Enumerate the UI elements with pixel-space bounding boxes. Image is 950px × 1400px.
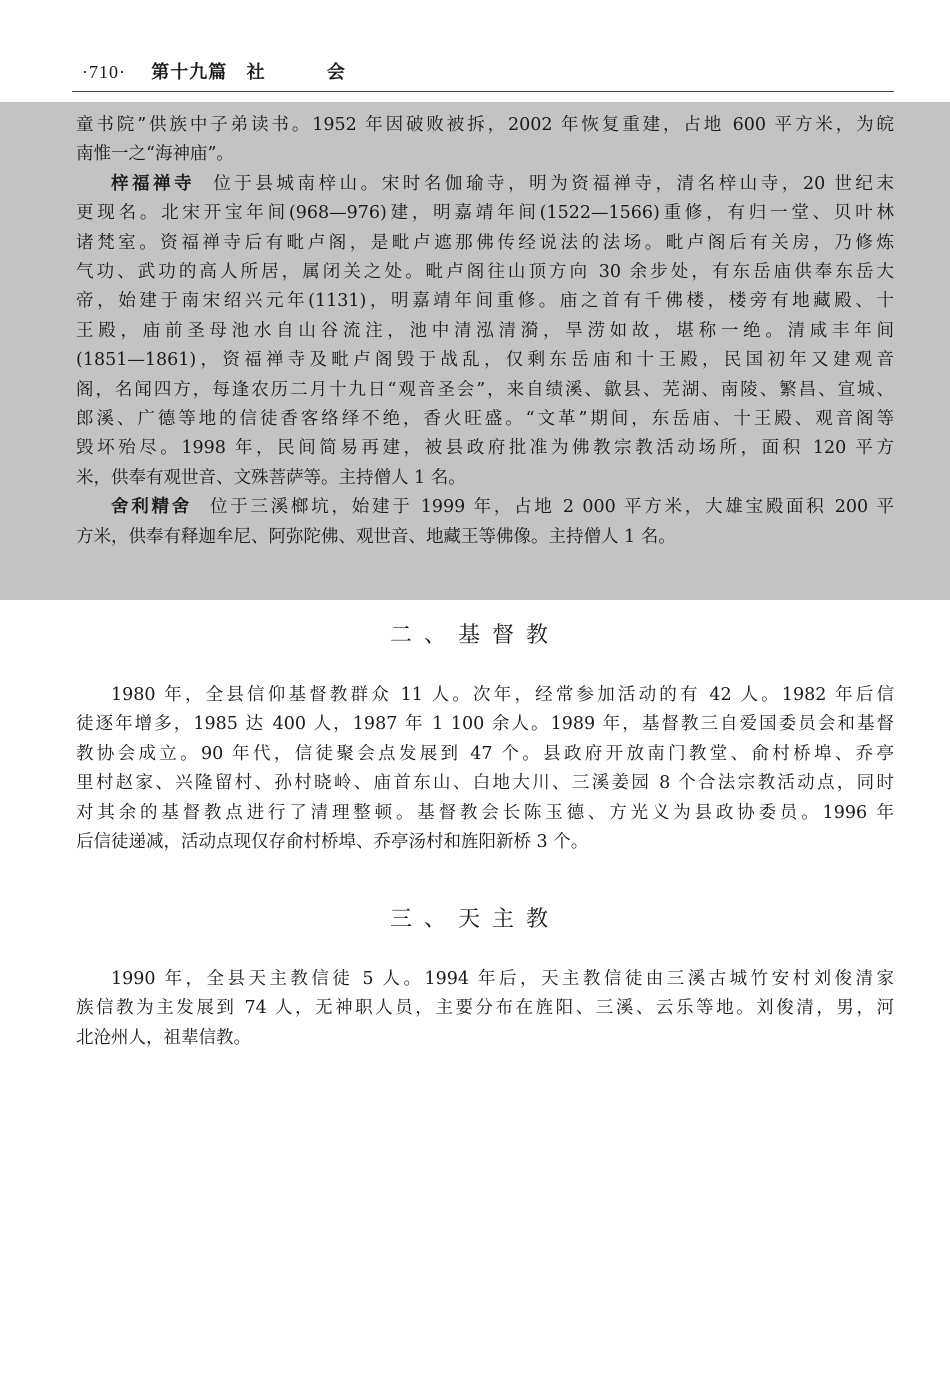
text-line: 米，供奉有观世音、文殊菩萨等。主持僧人 1 名。 [76, 464, 894, 493]
text-line: 后信徒递减，活动点现仅存俞村桥埠、乔亭汤村和旌阳新桥 3 个。 [76, 828, 894, 857]
part-title: 第十九篇 [151, 58, 227, 84]
text-line: 诸梵室。资福禅寺后有毗卢阁，是毗卢遮那佛传经说法的法场。毗卢阁后有关房，乃修炼 [76, 229, 894, 258]
text-line: 1980 年，全县信仰基督教群众 11 人。次年，经常参加活动的有 42 人。1… [76, 681, 894, 710]
text-line: 位于三溪榔坑，始建于 1999 年，占地 2 000 平方米，大雄宝殿面积 20… [210, 497, 894, 517]
text-line: 帝，始建于南宋绍兴元年(1131)，明嘉靖年间重修。庙之首有千佛楼，楼旁有地藏殿… [76, 287, 894, 316]
section-heading-christianity: 二、基督教 [0, 618, 950, 649]
text-line: 阁，名闻四方，每逢农历二月十九日“观音圣会”，来自绩溪、歙县、芜湖、南陵、繁昌、… [76, 376, 894, 405]
catholicism-text: 1990 年，全县天主教信徒 5 人。1994 年后，天主教信徒由三溪古城竹安村… [76, 965, 894, 1053]
entry-term: 梓福禅寺 [111, 174, 195, 194]
text-line: 毁坏殆尽。1998 年，民间简易再建，被县政府批准为佛教宗教活动场所，面积 12… [76, 434, 894, 463]
text-line: (1851—1861)，资福禅寺及毗卢阁毁于战乱，仅剩东岳庙和十王殿，民国初年又… [76, 346, 894, 375]
text-line: 徒逐年增多，1985 达 400 人，1987 年 1 100 余人。1989 … [76, 710, 894, 739]
page-number: ·710· [82, 62, 126, 83]
text-line: 王殿，庙前圣母池水自山谷流注，池中清泓清漪，旱涝如故，堪称一绝。清咸丰年间 [76, 317, 894, 346]
running-header: ·710· 第十九篇 社 会 [82, 58, 894, 88]
paragraph-zifu-temple: 梓福禅寺位于县城南梓山。宋时名伽瑜寺，明为资福禅寺，清名梓山寺，20 世纪末 更… [76, 170, 894, 493]
paragraph-haishen-temple: 童书院”供族中子弟读书。1952 年因破败被拆，2002 年恢复重建，占地 60… [76, 111, 894, 170]
text-line: 气功、武功的高人所居，属闭关之处。毗卢阁往山顶方向 30 余步处，有东岳庙供奉东… [76, 258, 894, 287]
text-line: 方米，供奉有释迦牟尼、阿弥陀佛、观世音、地藏王等佛像。主持僧人 1 名。 [76, 523, 894, 552]
header-rule [72, 91, 894, 92]
section-heading-catholicism: 三、天主教 [0, 902, 950, 933]
entry-term: 舍利精舍 [111, 497, 192, 517]
text-line: 北沧州人，祖辈信教。 [76, 1024, 894, 1053]
section-title: 社 会 [247, 58, 373, 84]
text-line: 更现名。北宋开宝年间(968—976)建，明嘉靖年间(1522—1566)重修，… [76, 199, 894, 228]
shaded-text-block: 童书院”供族中子弟读书。1952 年因破败被拆，2002 年恢复重建，占地 60… [76, 111, 894, 552]
text-line: 1990 年，全县天主教信徒 5 人。1994 年后，天主教信徒由三溪古城竹安村… [76, 965, 894, 994]
text-line: 位于县城南梓山。宋时名伽瑜寺，明为资福禅寺，清名梓山寺，20 世纪末 [213, 174, 894, 194]
christianity-text: 1980 年，全县信仰基督教群众 11 人。次年，经常参加活动的有 42 人。1… [76, 681, 894, 857]
text-line: 童书院”供族中子弟读书。1952 年因破败被拆，2002 年恢复重建，占地 60… [76, 111, 894, 140]
text-line: 郎溪、广德等地的信徒香客络绎不绝，香火旺盛。“文革”期间，东岳庙、十王殿、观音阁… [76, 405, 894, 434]
text-line: 南惟一之“海神庙”。 [76, 140, 894, 169]
paragraph-sheli-jingshe: 舍利精舍位于三溪榔坑，始建于 1999 年，占地 2 000 平方米，大雄宝殿面… [76, 493, 894, 552]
text-line: 里村赵家、兴隆留村、孙村晓岭、庙首东山、白地大川、三溪姜园 8 个合法宗教活动点… [76, 769, 894, 798]
text-line: 族信教为主发展到 74 人，无神职人员，主要分布在旌阳、三溪、云乐等地。刘俊清，… [76, 994, 894, 1023]
text-line: 教协会成立。90 年代，信徒聚会点发展到 47 个。县政府开放南门教堂、俞村桥埠… [76, 740, 894, 769]
text-line: 对其余的基督教点进行了清理整顿。基督教会长陈玉德、方光义为县政协委员。1996 … [76, 799, 894, 828]
